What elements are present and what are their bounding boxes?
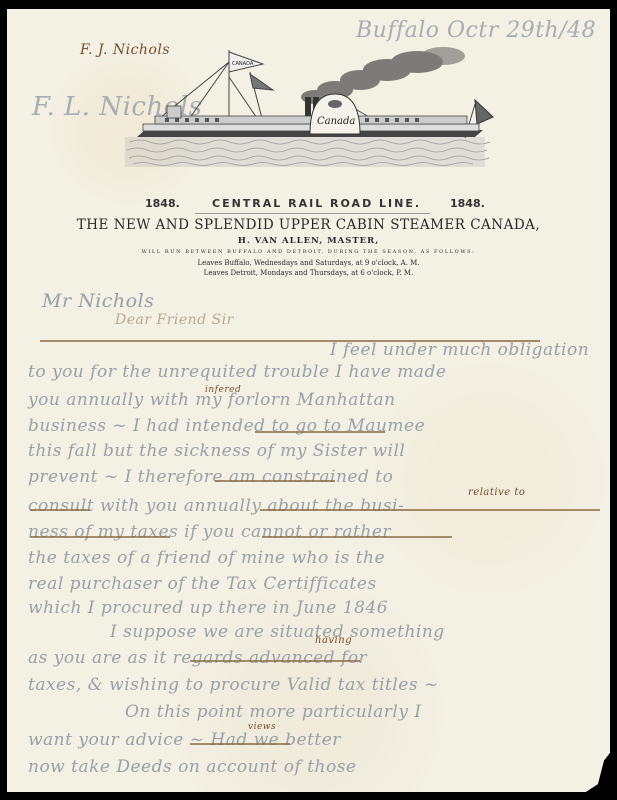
salutation: Mr Nichols (42, 290, 154, 312)
svg-text:Canada: Canada (317, 116, 355, 127)
letter-line: I feel under much obligation (330, 340, 589, 360)
letter-line: to you for the unrequited trouble I have… (28, 362, 446, 382)
letter-line: this fall but the sickness of my Sister … (28, 441, 405, 461)
strikethrough (30, 509, 90, 511)
strikethrough (190, 660, 360, 662)
strikethrough (255, 431, 385, 433)
letter-line: On this point more particularly I (125, 702, 422, 722)
letter-line: want your advice ~ Had we better (28, 730, 341, 750)
schedule-detroit: Leaves Detroit, Mondays and Thursdays, a… (0, 269, 617, 277)
headline: THE NEW AND SPLENDID UPPER CABIN STEAMER… (0, 217, 617, 233)
master: H. VAN ALLEN, MASTER, (0, 236, 617, 246)
line-name: CENTRAL RAIL ROAD LINE. (212, 197, 421, 210)
dateline: Buffalo Octr 29th/48 (356, 18, 596, 43)
strikethrough (215, 480, 335, 482)
letter-line: the taxes of a friend of mine who is the (28, 548, 385, 568)
schedule-buffalo: Leaves Buffalo, Wednesdays and Saturdays… (0, 259, 617, 267)
steamer-illustration: CANADA Canada (125, 42, 495, 167)
letter-line: ness of my taxes if you cannot or rather (28, 522, 391, 542)
strikethrough (190, 743, 290, 745)
letter-line: I suppose we are situated something (110, 622, 445, 642)
letter-line: taxes, & wishing to procure Valid tax ti… (28, 675, 439, 695)
letter-line: real purchaser of the Tax Certifficates (28, 574, 377, 594)
strikethrough (30, 536, 170, 538)
letter-line: which I procured up there in June 1846 (28, 598, 388, 618)
year-right: 1848. (450, 197, 485, 210)
svg-text:CANADA: CANADA (232, 61, 254, 67)
letter-line: prevent ~ I therefore am constrained to (28, 467, 393, 487)
letterhead-rule (195, 213, 430, 214)
letter-line: now take Deeds on account of those (28, 757, 357, 777)
insertion-relative-to: relative to (468, 487, 525, 498)
letter-line: as you are as it regards advanced for (28, 648, 367, 668)
strikethrough (260, 509, 600, 511)
year-left: 1848. (145, 197, 180, 210)
letter-line: business ~ I had intended to go to Maume… (28, 416, 425, 436)
insertion-infered: infered (205, 385, 241, 395)
route: WILL RUN BETWEEN BUFFALO AND DETROIT, DU… (0, 249, 617, 255)
crossed-line: Dear Friend Sir (115, 312, 234, 328)
insertion-views: views (248, 722, 276, 732)
strikethrough (262, 536, 452, 538)
insertion-having: having (315, 635, 352, 646)
letter-line: consult with you annually about the busi… (28, 496, 404, 516)
letterhead-title-row: 1848. CENTRAL RAIL ROAD LINE. 1848. (0, 197, 617, 213)
